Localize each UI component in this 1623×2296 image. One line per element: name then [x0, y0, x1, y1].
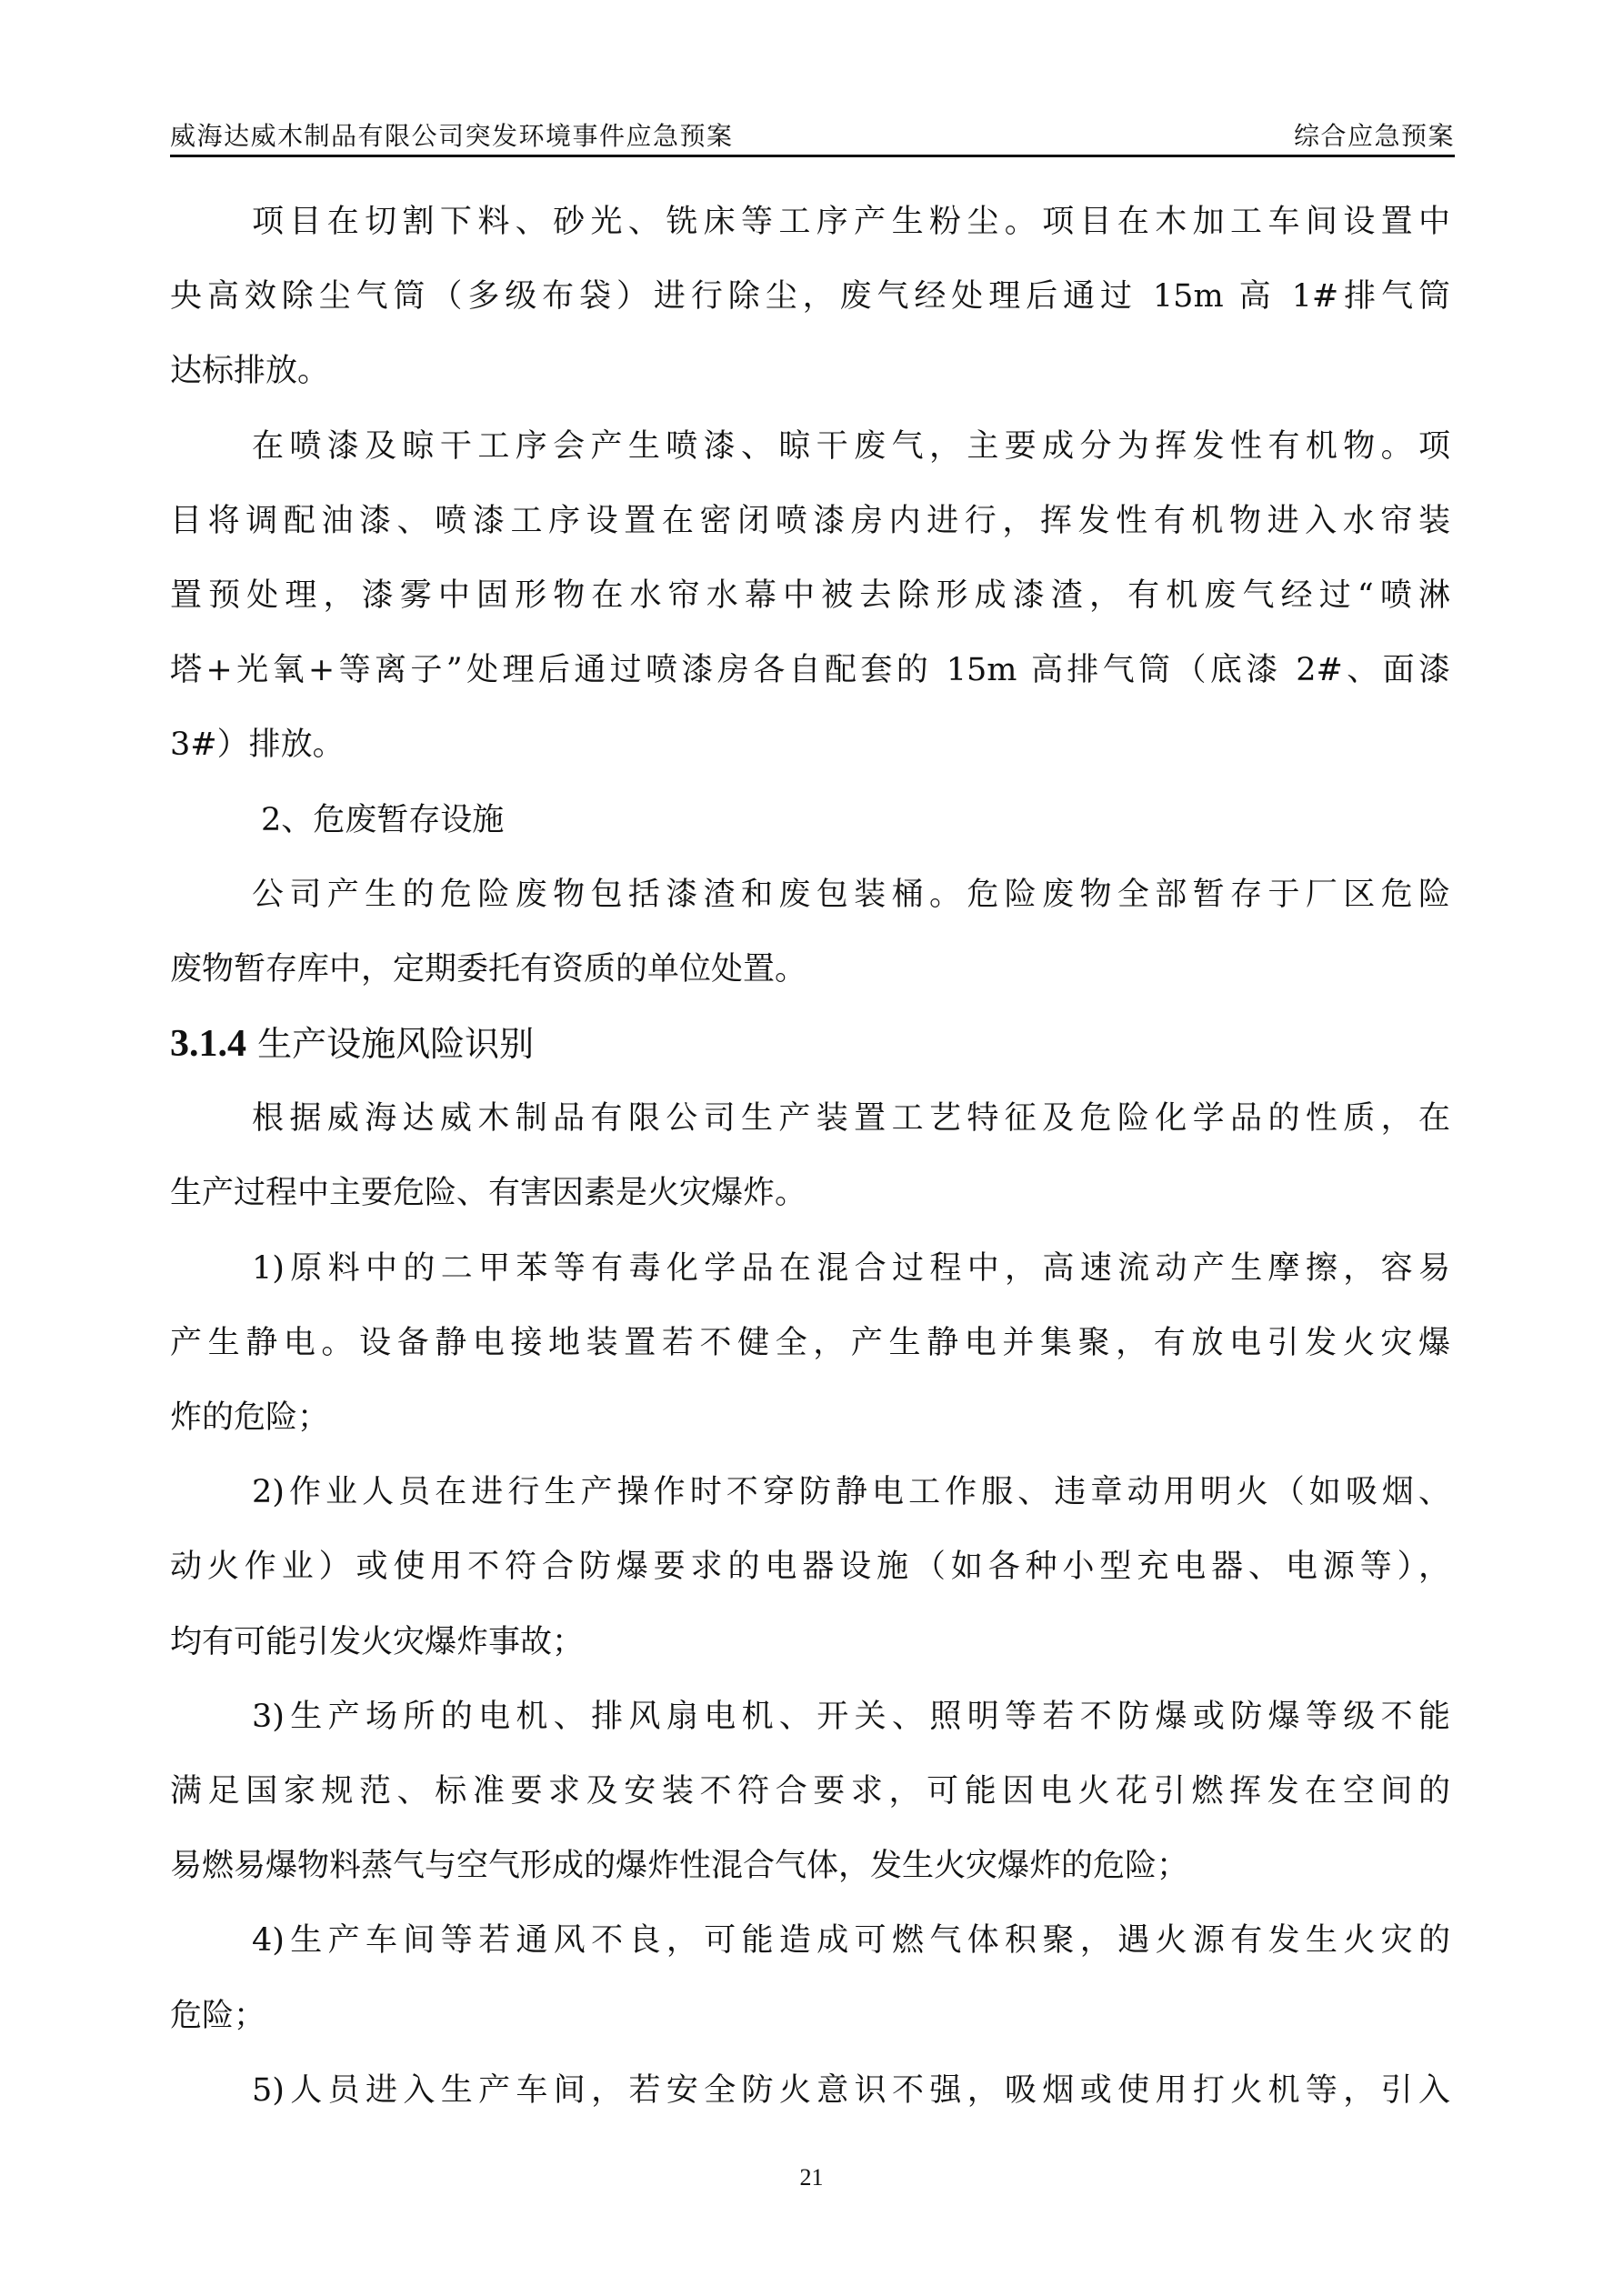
- paragraph-line: 项目在切割下料、砂光、铣床等工序产生粉尘。项目在木加工车间设置中: [170, 185, 1450, 259]
- list-item-line: 3)生产场所的电机、排风扇电机、开关、照明等若不防爆或防爆等级不能: [170, 1679, 1450, 1754]
- list-item-line: 危险；: [170, 1979, 1450, 2053]
- paragraph-line: 央高效除尘气筒（多级布袋）进行除尘，废气经处理后通过 15m 高 1#排气筒: [170, 259, 1450, 334]
- section-label: 综合应急预案: [1294, 116, 1455, 153]
- section-heading: 3.1.4 生产设施风险识别: [170, 1007, 1450, 1081]
- page-body: 项目在切割下料、砂光、铣床等工序产生粉尘。项目在木加工车间设置中 央高效除尘气筒…: [170, 185, 1450, 2128]
- list-item-line: 易燃易爆物料蒸气与空气形成的爆炸性混合气体，发生火灾爆炸的危险；: [170, 1829, 1450, 1903]
- page-number: 21: [0, 2164, 1623, 2191]
- paragraph-line: 公司产生的危险废物包括漆渣和废包装桶。危险废物全部暂存于厂区危险: [170, 857, 1450, 932]
- paragraph-line: 目将调配油漆、喷漆工序设置在密闭喷漆房内进行，挥发性有机物进入水帘装: [170, 484, 1450, 558]
- paragraph-line: 3#）排放。: [170, 707, 1450, 782]
- paragraph-line: 塔+光氧+等离子”处理后通过喷漆房各自配套的 15m 高排气筒（底漆 2#、面漆: [170, 633, 1450, 707]
- paragraph-line: 生产过程中主要危险、有害因素是火灾爆炸。: [170, 1156, 1450, 1230]
- paragraph-line: 废物暂存库中，定期委托有资质的单位处置。: [170, 932, 1450, 1007]
- list-item-line: 4)生产车间等若通风不良，可能造成可燃气体积聚，遇火源有发生火灾的: [170, 1903, 1450, 1978]
- page-header: 威海达威木制品有限公司突发环境事件应急预案 综合应急预案: [170, 116, 1455, 153]
- list-item-line: 动火作业）或使用不符合防爆要求的电器设施（如各种小型充电器、电源等），: [170, 1529, 1450, 1604]
- list-item-line: 2)作业人员在进行生产操作时不穿防静电工作服、违章动用明火（如吸烟、: [170, 1455, 1450, 1529]
- list-item-line: 1)原料中的二甲苯等有毒化学品在混合过程中，高速流动产生摩擦，容易: [170, 1231, 1450, 1306]
- document-title: 威海达威木制品有限公司突发环境事件应急预案: [170, 116, 734, 153]
- list-item-line: 均有可能引发火灾爆炸事故；: [170, 1605, 1450, 1679]
- paragraph-line: 置预处理，漆雾中固形物在水帘水幕中被去除形成漆渣，有机废气经过“喷淋: [170, 558, 1450, 633]
- list-item-line: 5)人员进入生产车间，若安全防火意识不强，吸烟或使用打火机等，引入: [170, 2053, 1450, 2128]
- subsection-title: 2、危废暂存设施: [170, 783, 1450, 857]
- paragraph-line: 在喷漆及晾干工序会产生喷漆、晾干废气，主要成分为挥发性有机物。项: [170, 409, 1450, 484]
- list-item-line: 产生静电。设备静电接地装置若不健全，产生静电并集聚，有放电引发火灾爆: [170, 1306, 1450, 1380]
- section-heading-number: 3.1.4: [170, 1023, 246, 1065]
- section-heading-title: 生产设施风险识别: [257, 1024, 534, 1064]
- paragraph-line: 达标排放。: [170, 334, 1450, 408]
- list-item-line: 炸的危险；: [170, 1380, 1450, 1455]
- paragraph-line: 根据威海达威木制品有限公司生产装置工艺特征及危险化学品的性质，在: [170, 1081, 1450, 1156]
- list-item-line: 满足国家规范、标准要求及安装不符合要求，可能因电火花引燃挥发在空间的: [170, 1754, 1450, 1829]
- header-divider: [170, 155, 1455, 157]
